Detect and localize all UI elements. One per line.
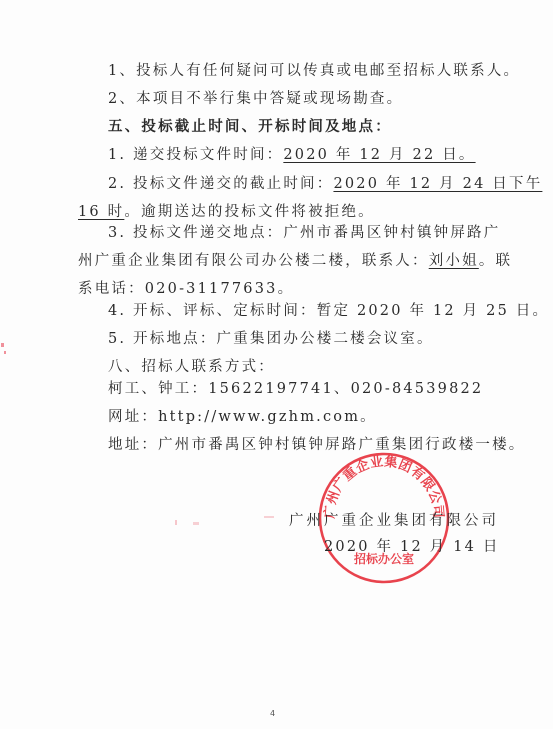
item-2-deadline: 2020 年 12 月 24 日下午 <box>333 176 542 192</box>
item-2: 2. 投标文件递交的截止时间：2020 年 12 月 24 日下午 <box>108 175 542 193</box>
contact-phones: 柯工、钟工：15622197741、020-84539822 <box>108 380 483 398</box>
contact-person: 刘小姐 <box>429 253 479 269</box>
paragraph-1: 1、投标人有任何疑问可以传真或电邮至招标人联系人。 <box>108 62 520 80</box>
scan-artifact <box>1 343 4 347</box>
item-2-deadline-hour: 16 时 <box>78 204 124 220</box>
website: 网址：http://www.gzhm.com。 <box>108 408 377 426</box>
item-3-text: 州广重企业集团有限公司办公楼二楼，联系人： <box>78 253 429 269</box>
scan-artifact <box>175 520 177 525</box>
paragraph-2: 2、本项目不举行集中答疑或现场勘查。 <box>108 90 403 108</box>
item-2-continued: 16 时。逾期送达的投标文件将被拒绝。 <box>78 203 375 221</box>
section-5-heading: 五、投标截止时间、开标时间及地点： <box>108 118 392 136</box>
section-8-heading: 八、招标人联系方式： <box>108 358 275 376</box>
item-3-line-2: 州广重企业集团有限公司办公楼二楼，联系人：刘小姐。联 <box>78 252 512 270</box>
scan-artifact <box>4 351 6 354</box>
signature-date: 2020 年 12 月 14 日 <box>324 538 500 556</box>
item-1: 1. 递交投标文件时间：2020 年 12 月 22 日。 <box>108 146 476 164</box>
seal-outer-text: 广州广重企业集团有限公司 <box>322 454 447 519</box>
item-3-line-3: 系电话：020-31177633。 <box>78 280 294 298</box>
signature-company: 广州广重企业集团有限公司 <box>289 512 499 530</box>
item-1-label: 1. 递交投标文件时间： <box>108 147 283 163</box>
document-page: 1、投标人有任何疑问可以传真或电邮至招标人联系人。 2、本项目不举行集中答疑或现… <box>0 0 553 729</box>
scan-artifact <box>264 516 274 518</box>
svg-text:广州广重企业集团有限公司: 广州广重企业集团有限公司 <box>322 454 447 519</box>
item-1-date: 2020 年 12 月 22 日。 <box>283 147 475 163</box>
item-3-text-end: 。联 <box>479 253 512 269</box>
item-2-label: 2. 投标文件递交的截止时间： <box>108 176 333 192</box>
item-4: 4. 开标、评标、定标时间：暂定 2020 年 12 月 25 日。 <box>108 302 549 320</box>
item-5: 5. 开标地点：广重集团办公楼二楼会议室。 <box>108 330 434 348</box>
item-2-tail: 。逾期送达的投标文件将被拒绝。 <box>124 204 375 220</box>
page-number: 4 <box>270 709 275 718</box>
scan-artifact <box>193 522 199 525</box>
item-3-line-1: 3. 投标文件递交地点：广州市番禺区钟村镇钟屏路广 <box>108 224 500 242</box>
